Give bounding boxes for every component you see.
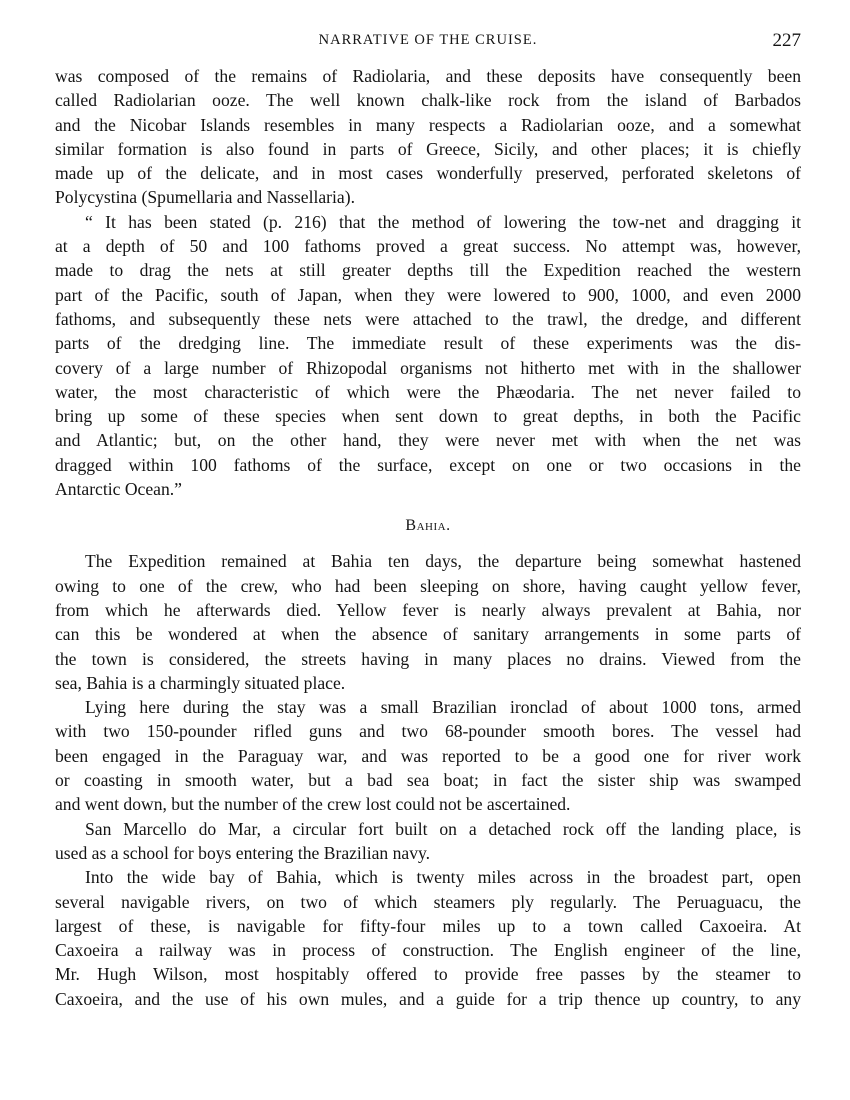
- paragraph-quotation: “ It has been stated (p. 216) that the m…: [55, 210, 801, 502]
- text-line: with two 150-pounder rifled guns and two…: [55, 719, 801, 743]
- text-line: largest of these, is navigable for fifty…: [55, 914, 801, 938]
- running-head: NARRATIVE OF THE CRUISE. 227: [55, 30, 801, 54]
- text-line: at a depth of 50 and 100 fathoms proved …: [55, 234, 801, 258]
- page-number: 227: [773, 30, 802, 52]
- text-line: and went down, but the number of the cre…: [55, 792, 801, 816]
- text-line: part of the Pacific, south of Japan, whe…: [55, 283, 801, 307]
- text-line: been engaged in the Paraguay war, and wa…: [55, 744, 801, 768]
- text-line: or coasting in smooth water, but a bad s…: [55, 768, 801, 792]
- text-line: Caxoeira, and the use of his own mules, …: [55, 987, 801, 1011]
- text-line: used as a school for boys entering the B…: [55, 841, 801, 865]
- text-line: made up of the delicate, and in most cas…: [55, 161, 801, 185]
- text-line: Mr. Hugh Wilson, most hospitably offered…: [55, 962, 801, 986]
- text-line: from which he afterwards died. Yellow fe…: [55, 598, 801, 622]
- paragraph: San Marcello do Mar, a circular fort bui…: [55, 817, 801, 866]
- text-line: called Radiolarian ooze. The well known …: [55, 88, 801, 112]
- text-line: was composed of the remains of Radiolari…: [55, 64, 801, 88]
- text-line: the town is considered, the streets havi…: [55, 647, 801, 671]
- text-line: owing to one of the crew, who had been s…: [55, 574, 801, 598]
- text-line: Caxoeira a railway was in process of con…: [55, 938, 801, 962]
- paragraph: Into the wide bay of Bahia, which is twe…: [55, 865, 801, 1011]
- text-line: Lying here during the stay was a small B…: [55, 695, 801, 719]
- text-line: and Atlantic; but, on the other hand, th…: [55, 428, 801, 452]
- text-line: and the Nicobar Islands resembles in man…: [55, 113, 801, 137]
- text-line: made to drag the nets at still greater d…: [55, 258, 801, 282]
- paragraph: was composed of the remains of Radiolari…: [55, 64, 801, 210]
- text-line: The Expedition remained at Bahia ten day…: [55, 549, 801, 573]
- text-line: dragged within 100 fathoms of the surfac…: [55, 453, 801, 477]
- text-line: Antarctic Ocean.”: [55, 477, 801, 501]
- text-line: “ It has been stated (p. 216) that the m…: [55, 210, 801, 234]
- text-line: parts of the dredging line. The immediat…: [55, 331, 801, 355]
- text-line: bring up some of these species when sent…: [55, 404, 801, 428]
- text-line: fathoms, and subsequently these nets wer…: [55, 307, 801, 331]
- text-line: San Marcello do Mar, a circular fort bui…: [55, 817, 801, 841]
- paragraph: Lying here during the stay was a small B…: [55, 695, 801, 816]
- text-line: Polycystina (Spumellaria and Nassellaria…: [55, 185, 801, 209]
- text-line: Into the wide bay of Bahia, which is twe…: [55, 865, 801, 889]
- text-line: similar formation is also found in parts…: [55, 137, 801, 161]
- section-heading: Bahia.: [55, 501, 801, 549]
- body-text: was composed of the remains of Radiolari…: [55, 64, 801, 1011]
- text-line: sea, Bahia is a charmingly situated plac…: [55, 671, 801, 695]
- text-line: several navigable rivers, on two of whic…: [55, 890, 801, 914]
- text-line: covery of a large number of Rhizopodal o…: [55, 356, 801, 380]
- text-line: can this be wondered at when the absence…: [55, 622, 801, 646]
- text-line: water, the most characteristic of which …: [55, 380, 801, 404]
- running-title: NARRATIVE OF THE CRUISE.: [55, 32, 801, 49]
- paragraph: The Expedition remained at Bahia ten day…: [55, 549, 801, 695]
